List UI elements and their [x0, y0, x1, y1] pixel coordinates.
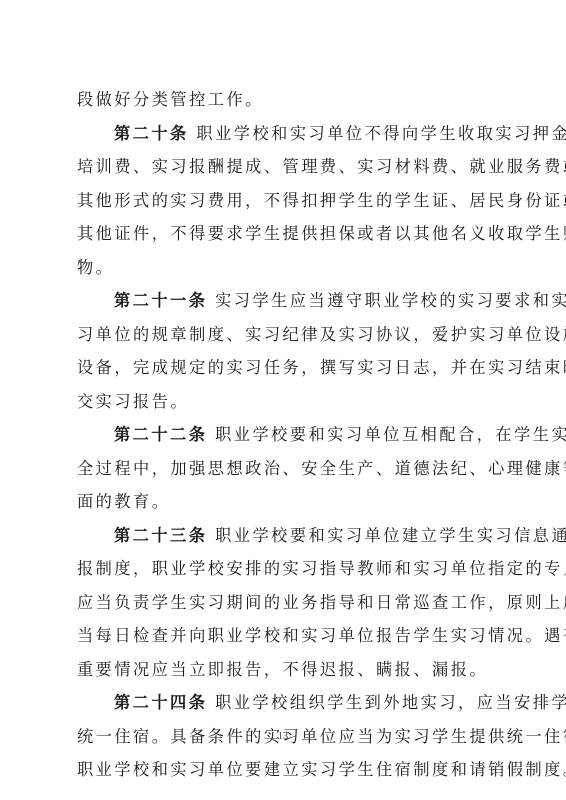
article-23-line: 第二十三条 职业学校要和实习单位建立学生实习信息通: [77, 524, 489, 558]
line-text: 交实习报告。: [77, 392, 189, 411]
line-text: 设备，完成规定的实习任务，撰写实习日志，并在实习结束时提: [77, 358, 566, 377]
line-text: 职业学校和实习单位要建立实习学生住宿制度和请销假制度。: [77, 760, 566, 779]
article-heading: 第二十条: [114, 124, 189, 143]
text-line: 面的教育。: [77, 490, 489, 524]
article-heading: 第二十四条: [114, 693, 207, 712]
text-line: 全过程中，加强思想政治、安全生产、道德法纪、心理健康等方: [77, 457, 489, 491]
line-text: 物。: [77, 258, 114, 277]
text-line: 重要情况应当立即报告，不得迟报、瞒报、漏报。: [77, 658, 489, 692]
text-line: 培训费、实习报酬提成、管理费、实习材料费、就业服务费或者: [77, 155, 489, 189]
line-text: 职业学校要和实习单位互相配合，在学生实习: [207, 425, 566, 444]
line-text: 职业学校要和实习单位建立学生实习信息通: [207, 526, 566, 545]
line-text: 应当负责学生实习期间的业务指导和日常巡查工作，原则上应: [77, 593, 566, 612]
text-line: 其他证件，不得要求学生提供担保或者以其他名义收取学生财: [77, 222, 489, 256]
document-page: 段做好分类管控工作。 第二十条 职业学校和实习单位不得向学生收取实习押金、 培训…: [0, 0, 566, 800]
line-text: 其他形式的实习费用，不得扣押学生的学生证、居民身份证或: [77, 191, 566, 210]
text-line: 物。: [77, 256, 489, 290]
line-text: 面的教育。: [77, 492, 170, 511]
article-24-line: 第二十四条 职业学校组织学生到外地实习，应当安排学生: [77, 691, 489, 725]
text-line: 段做好分类管控工作。: [77, 88, 489, 122]
text-line: 职业学校和实习单位要建立实习学生住宿制度和请销假制度。: [77, 758, 489, 792]
text-line: 报制度，职业学校安排的实习指导教师和实习单位指定的专人: [77, 557, 489, 591]
text-line: 应当负责学生实习期间的业务指导和日常巡查工作，原则上应: [77, 591, 489, 625]
line-text: 职业学校组织学生到外地实习，应当安排学生: [207, 693, 566, 712]
article-20-line: 第二十条 职业学校和实习单位不得向学生收取实习押金、: [77, 122, 489, 156]
page-number: 13: [0, 731, 566, 742]
text-line: 习单位的规章制度、实习纪律及实习协议，爱护实习单位设施: [77, 323, 489, 357]
line-text: 实习学生应当遵守职业学校的实习要求和实: [207, 291, 566, 310]
line-text: 报制度，职业学校安排的实习指导教师和实习单位指定的专人: [77, 559, 566, 578]
text-line: 当每日检查并向职业学校和实习单位报告学生实习情况。遇有: [77, 624, 489, 658]
article-heading: 第二十一条: [114, 291, 207, 310]
line-text: 当每日检查并向职业学校和实习单位报告学生实习情况。遇有: [77, 626, 566, 645]
line-text: 其他证件，不得要求学生提供担保或者以其他名义收取学生财: [77, 224, 566, 243]
line-text: 习单位的规章制度、实习纪律及实习协议，爱护实习单位设施: [77, 325, 566, 344]
text-line: 设备，完成规定的实习任务，撰写实习日志，并在实习结束时提: [77, 356, 489, 390]
line-text: 职业学校和实习单位不得向学生收取实习押金、: [189, 124, 566, 143]
line-text: 段做好分类管控工作。: [77, 90, 264, 109]
article-heading: 第二十二条: [114, 425, 207, 444]
line-text: 培训费、实习报酬提成、管理费、实习材料费、就业服务费或者: [77, 157, 566, 176]
line-text: 全过程中，加强思想政治、安全生产、道德法纪、心理健康等方: [77, 459, 566, 478]
body-text: 段做好分类管控工作。 第二十条 职业学校和实习单位不得向学生收取实习押金、 培训…: [77, 88, 489, 792]
text-line: 其他形式的实习费用，不得扣押学生的学生证、居民身份证或: [77, 189, 489, 223]
article-heading: 第二十三条: [114, 526, 207, 545]
line-text: 重要情况应当立即报告，不得迟报、瞒报、漏报。: [77, 660, 488, 679]
article-22-line: 第二十二条 职业学校要和实习单位互相配合，在学生实习: [77, 423, 489, 457]
text-line: 交实习报告。: [77, 390, 489, 424]
article-21-line: 第二十一条 实习学生应当遵守职业学校的实习要求和实: [77, 289, 489, 323]
